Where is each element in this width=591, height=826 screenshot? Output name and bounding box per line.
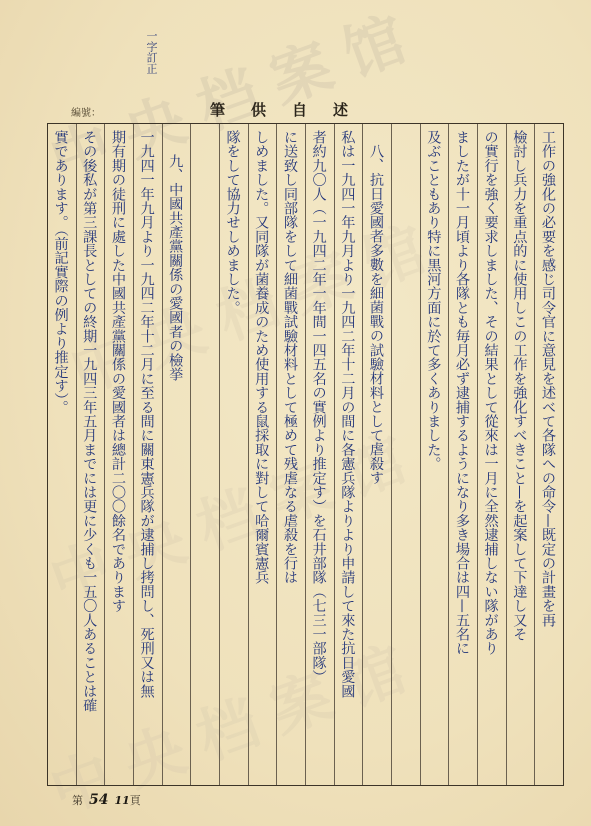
margin-annotation: 一字訂正 xyxy=(143,30,159,74)
section-heading: 九、中國共產黨關係の愛國者の檢挙 xyxy=(162,124,191,785)
document-title: 筆供自述 xyxy=(210,99,374,120)
text-column: しめました。又同隊が菌養成のため使用する鼠採取に對して哈爾賓憲兵 xyxy=(248,124,277,785)
text-column: 私は一九四一年九月より一九四二年十二月の間に各憲兵隊よりより申請して來た抗日愛國 xyxy=(334,124,363,785)
footer-prefix: 第 xyxy=(72,794,83,807)
manuscript-grid: 工作の強化の必要を感じ司令官に意見を述べて各隊への命令—既定の計畫を再 檢討し兵… xyxy=(47,123,564,786)
text-column: 工作の強化の必要を感じ司令官に意見を述べて各隊への命令—既定の計畫を再 xyxy=(534,124,563,785)
section-heading: 八、抗日愛國者多數を細菌戰の試驗材料として虐殺す xyxy=(362,124,391,785)
text-column: 者約九〇人（一九四二年一年間一四五名の實例より推定す）を石井部隊（七三一部隊） xyxy=(305,124,334,785)
text-column: ましたが十一月頃より各隊とも毎月必ず逮捕するようになり多き場合は四—五名に xyxy=(448,124,477,785)
sub-page-number: 11 xyxy=(114,794,129,807)
text-column: 一九四一年九月より一九四二年十二月に至る間に關東憲兵隊が逮捕し拷問し、死刑又は無 xyxy=(133,124,162,785)
text-column: 檢討し兵力を重点的に使用しこの工作を強化すべきこと—を起案して下達し又そ xyxy=(506,124,535,785)
text-column: 隊をして協力せしめました。 xyxy=(219,124,248,785)
number-label: 編號： xyxy=(71,104,101,119)
text-column: に送致し同部隊をして細菌戰試驗材料として極めて残虐なる虐殺を行は xyxy=(276,124,305,785)
text-column xyxy=(190,124,219,785)
document-page: 中央档案馆 中央档案馆 中央档案馆 中央档案馆 一字訂正 編號： 筆供自述 工作… xyxy=(0,0,591,826)
page-footer: 第5411頁 xyxy=(72,792,141,808)
text-column: 及ぶこともあり特に黒河方面に於て多くありました。 xyxy=(420,124,449,785)
text-column: 實であります。（前記實際の例より推定す）。 xyxy=(48,124,76,785)
footer-suffix: 頁 xyxy=(130,794,141,807)
text-column: の實行を強く要求しました、その結果として從來は一月に全然逮捕しない隊があり xyxy=(477,124,506,785)
text-column: 期有期の徒刑に處した中國共產黨關係の愛國者は總計二〇〇餘名であります xyxy=(104,124,133,785)
text-column: その後私が第三課長としての終期一九四三年五月までには更に少くも一五〇人あることは… xyxy=(76,124,105,785)
text-column xyxy=(391,124,420,785)
page-number: 54 xyxy=(89,792,108,808)
